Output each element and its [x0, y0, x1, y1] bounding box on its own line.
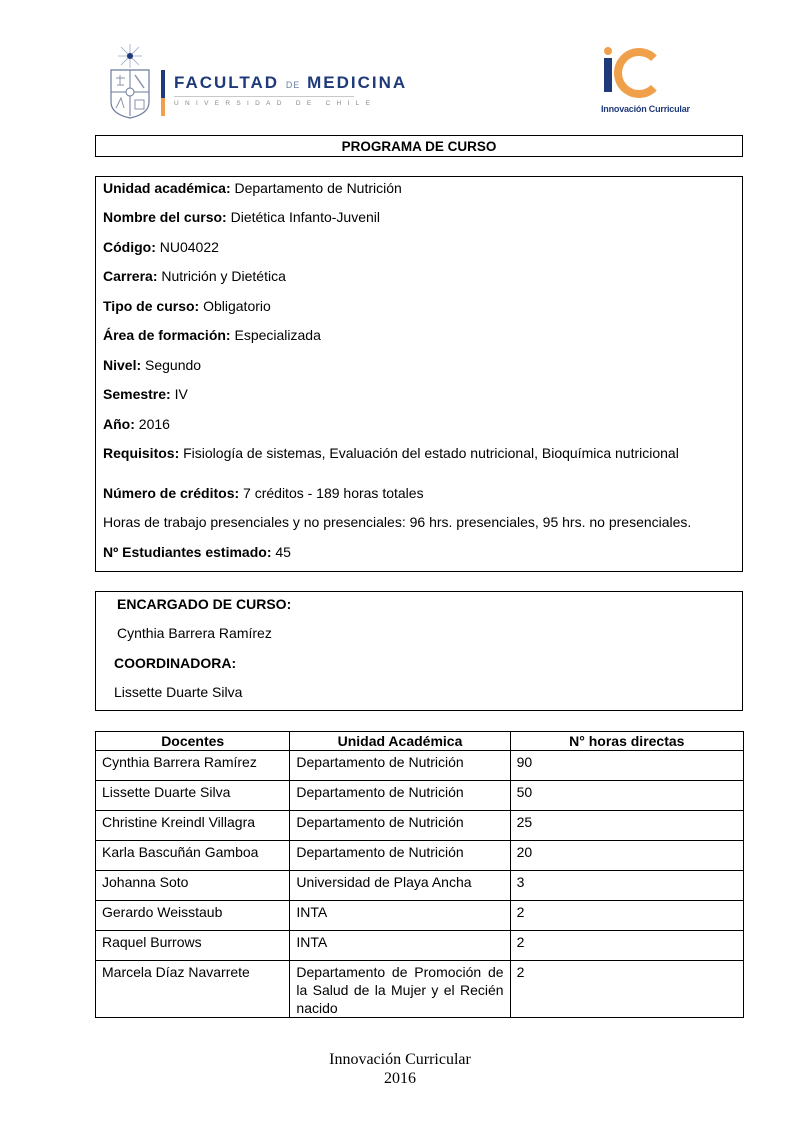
ic-logo-i: [604, 58, 612, 92]
docente-unidad: Departamento de Nutrición: [290, 841, 510, 871]
field-requisitos: Requisitos: Fisiología de sistemas, Eval…: [103, 445, 679, 461]
table-row: Lissette Duarte Silva Departamento de Nu…: [96, 781, 744, 811]
docente-horas: 2: [510, 961, 743, 1018]
header-horas-directas: N° horas directas: [510, 732, 743, 751]
table-row: Christine Kreindl Villagra Departamento …: [96, 811, 744, 841]
field-unidad-academica: Unidad académica: Departamento de Nutric…: [103, 180, 402, 196]
table-row: Marcela Díaz Navarrete Departamento de P…: [96, 961, 744, 1018]
docente-unidad: INTA: [290, 901, 510, 931]
docente-name: Raquel Burrows: [96, 931, 290, 961]
docente-horas: 20: [510, 841, 743, 871]
footer-year: 2016: [0, 1069, 800, 1088]
faculty-name: FACULTAD DE MEDICINA: [174, 73, 407, 93]
encargado-name: Cynthia Barrera Ramírez: [117, 625, 272, 641]
table-row: Gerardo Weisstaub INTA 2: [96, 901, 744, 931]
docente-horas: 50: [510, 781, 743, 811]
docente-name: Johanna Soto: [96, 871, 290, 901]
coordinadora-name: Lissette Duarte Silva: [114, 684, 242, 700]
docente-unidad: Departamento de Nutrición: [290, 781, 510, 811]
docente-name: Marcela Díaz Navarrete: [96, 961, 290, 1018]
field-semestre: Semestre: IV: [103, 386, 188, 402]
docente-name: Cynthia Barrera Ramírez: [96, 751, 290, 781]
ic-logo-caption: Innovación Curricular: [601, 104, 690, 114]
docente-unidad: Departamento de Promoción de la Salud de…: [290, 961, 510, 1018]
course-staff-box: ENCARGADO DE CURSO: Cynthia Barrera Ramí…: [95, 591, 743, 711]
table-row: Johanna Soto Universidad de Playa Ancha …: [96, 871, 744, 901]
innovacion-curricular-logo: Innovación Curricular: [596, 42, 690, 120]
table-row: Cynthia Barrera Ramírez Departamento de …: [96, 751, 744, 781]
docente-unidad: INTA: [290, 931, 510, 961]
coordinadora-label: COORDINADORA:: [114, 655, 236, 671]
table-header-row: Docentes Unidad Académica N° horas direc…: [96, 732, 744, 751]
header-docentes: Docentes: [96, 732, 290, 751]
course-info-box: Unidad académica: Departamento de Nutric…: [95, 176, 743, 572]
docente-horas: 3: [510, 871, 743, 901]
field-anio: Año: 2016: [103, 416, 170, 432]
faculty-logo: FACULTAD DE MEDICINA UNIVERSIDAD DE CHIL…: [108, 42, 358, 122]
field-area-formacion: Área de formación: Especializada: [103, 327, 321, 343]
table-row: Raquel Burrows INTA 2: [96, 931, 744, 961]
university-crest-icon: [108, 42, 153, 120]
docente-unidad: Universidad de Playa Ancha: [290, 871, 510, 901]
ic-logo-dot: [604, 47, 612, 55]
faculty-logo-bar: [161, 70, 165, 116]
docente-name: Karla Bascuñán Gamboa: [96, 841, 290, 871]
docente-horas: 2: [510, 931, 743, 961]
docente-unidad: Departamento de Nutrición: [290, 751, 510, 781]
field-nivel: Nivel: Segundo: [103, 357, 201, 373]
faculty-logo-rule: [174, 96, 354, 97]
field-estudiantes: Nº Estudiantes estimado: 45: [103, 544, 291, 560]
header-unidad-academica: Unidad Académica: [290, 732, 510, 751]
encargado-label: ENCARGADO DE CURSO:: [117, 596, 291, 612]
docente-horas: 90: [510, 751, 743, 781]
field-carrera: Carrera: Nutrición y Dietética: [103, 268, 286, 284]
university-name: UNIVERSIDAD DE CHILE: [174, 100, 376, 107]
docentes-table: Docentes Unidad Académica N° horas direc…: [95, 731, 744, 1018]
field-nombre-curso: Nombre del curso: Dietética Infanto-Juve…: [103, 209, 380, 225]
field-creditos: Número de créditos: 7 créditos - 189 hor…: [103, 485, 424, 501]
field-codigo: Código: NU04022: [103, 239, 219, 255]
table-row: Karla Bascuñán Gamboa Departamento de Nu…: [96, 841, 744, 871]
page-footer: Innovación Curricular 2016: [0, 1050, 800, 1088]
ic-logo-c: [614, 48, 664, 98]
docente-horas: 2: [510, 901, 743, 931]
docente-name: Christine Kreindl Villagra: [96, 811, 290, 841]
footer-title: Innovación Curricular: [0, 1050, 800, 1069]
docente-name: Gerardo Weisstaub: [96, 901, 290, 931]
docente-horas: 25: [510, 811, 743, 841]
docente-name: Lissette Duarte Silva: [96, 781, 290, 811]
document-title: PROGRAMA DE CURSO: [95, 135, 743, 157]
field-horas-trabajo: Horas de trabajo presenciales y no prese…: [103, 514, 691, 530]
docente-unidad: Departamento de Nutrición: [290, 811, 510, 841]
field-tipo-curso: Tipo de curso: Obligatorio: [103, 298, 271, 314]
